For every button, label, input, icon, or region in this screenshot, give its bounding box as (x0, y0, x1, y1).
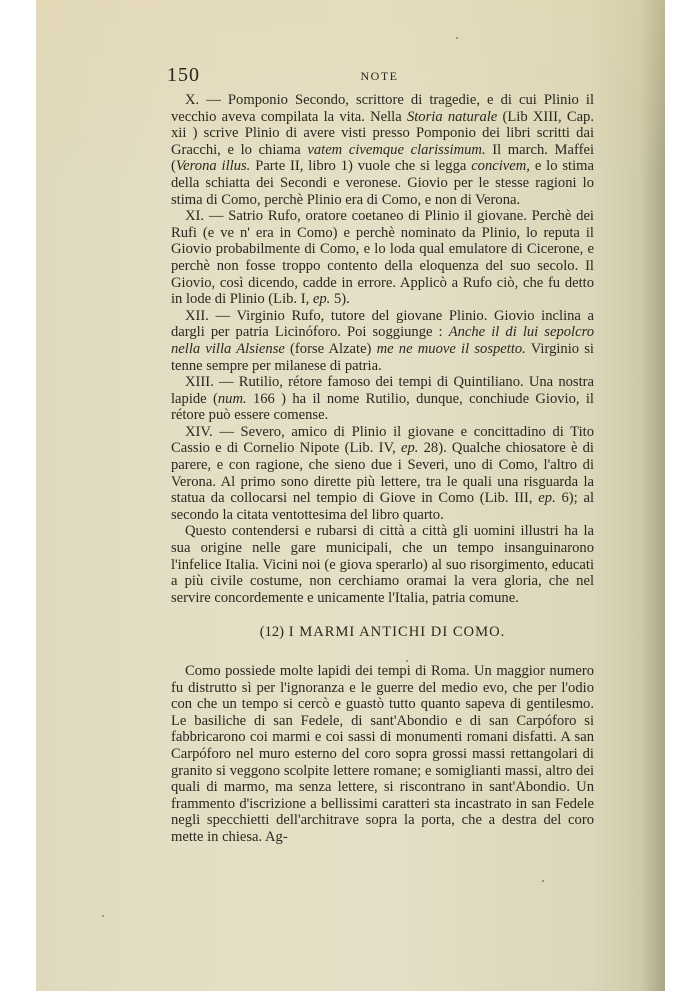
paragraph-xi: XI. — Satrio Rufo, oratore coetaneo di P… (171, 208, 594, 308)
italic-text: ep. (401, 440, 418, 456)
text-run: XI. — Satrio Rufo, oratore coetaneo di P… (171, 208, 594, 307)
italic-text: concivem, (471, 158, 530, 174)
italic-text: Verona illus. (176, 158, 250, 174)
italic-text: ep. (313, 291, 330, 307)
notes-block: X. — Pomponio Secondo, scrittore di trag… (171, 92, 594, 606)
italic-text: num. (218, 391, 247, 407)
paragraph-como: Como possiede molte lapidi dei tempi di … (171, 663, 594, 846)
paragraph-x: X. — Pomponio Secondo, scrittore di trag… (171, 92, 594, 208)
paper-speck (542, 880, 544, 882)
text-run: Parte II, libro 1) vuole che si legga (250, 158, 471, 174)
paragraph-xii: XII. — Virginio Rufo, tutore del giovane… (171, 308, 594, 374)
running-title: NOTE (167, 69, 592, 84)
body-text: X. — Pomponio Secondo, scrittore di trag… (171, 92, 594, 846)
section-heading: (12) I MARMI ANTICHI DI COMO. (171, 624, 594, 641)
italic-text: me ne muove il sospetto. (377, 341, 526, 357)
italic-text: vatem civemque clarissimum. (307, 142, 485, 158)
paragraph-xiii: XIII. — Rutilio, rétore famoso dei tempi… (171, 374, 594, 424)
text-run: Questo contendersi e rubarsi di città a … (171, 523, 594, 605)
section-title: I MARMI ANTICHI DI COMO. (289, 624, 506, 640)
paper-speck (102, 915, 104, 917)
book-page: 150 NOTE X. — Pomponio Secondo, scrittor… (36, 0, 665, 991)
italic-text: Storia naturale (407, 109, 497, 125)
paragraph-questo: Questo contendersi e rubarsi di città a … (171, 523, 594, 606)
italic-text: ep. (538, 490, 555, 506)
paragraph-xiv: XIV. — Severo, amico di Plinio il giovan… (171, 424, 594, 524)
text-run: Como possiede molte lapidi dei tempi di … (171, 663, 594, 845)
section-body: Como possiede molte lapidi dei tempi di … (171, 663, 594, 846)
text-run: (forse Alzate) (285, 341, 377, 357)
page-header: 150 NOTE (167, 62, 592, 86)
section-number: (12) (260, 624, 284, 640)
paper-speck (456, 37, 458, 39)
text-run: 5). (330, 291, 349, 307)
